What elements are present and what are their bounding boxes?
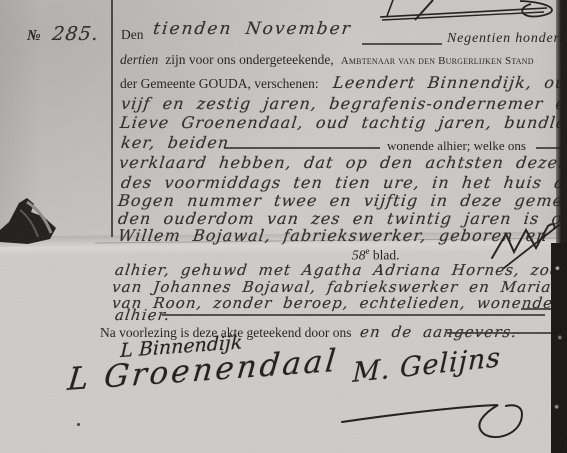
line3-municipality-row: der Gemeente GOUDA, verschenen: Leendert… xyxy=(120,73,567,92)
line1-printed-den: Den xyxy=(121,27,144,43)
page-number-superscript: e xyxy=(366,246,370,256)
signature-flourish-underline xyxy=(336,392,561,447)
line2-year-word: dertien xyxy=(120,52,158,68)
numero-symbol: № xyxy=(27,28,41,44)
line5-handwritten: Lieve Groenendaal, oud tachtig jaren, bu… xyxy=(119,113,567,132)
ink-dot-artifact xyxy=(77,423,80,426)
act-number-block: № 285. xyxy=(27,23,97,45)
blank-rule xyxy=(521,308,553,310)
line6-handwritten: ker, beiden xyxy=(120,133,231,152)
line1-date-handwritten: tienden November xyxy=(152,19,353,39)
line4-handwritten: vijf en zestig jaren, begrafenis-onderne… xyxy=(120,94,567,113)
line8-handwritten: des voormiddags ten tien ure, in het hui… xyxy=(120,173,567,192)
margin-divider-rule xyxy=(111,0,113,237)
act-number-handwritten: 285. xyxy=(51,23,100,45)
scanned-death-record: № 285. Den tienden November Negentien ho… xyxy=(0,0,567,453)
line6-printed-wonende: wonende alhier; welke ons xyxy=(387,138,526,154)
line14-handwritten: van Roon, zonder beroep, echtelieden, wo… xyxy=(111,294,554,312)
line7-handwritten: verklaard hebben, dat op den achtsten de… xyxy=(118,153,567,172)
line3-printed-gouda: der Gemeente GOUDA, verschenen: xyxy=(120,76,319,92)
blank-rule xyxy=(162,314,545,316)
line2-printed: zijn voor ons ondergeteekende, xyxy=(165,52,333,68)
blank-rule xyxy=(447,332,553,334)
declarant1-name-handwritten: Leendert Binnendijk, oud xyxy=(332,73,567,92)
film-blob-artifact xyxy=(0,190,70,252)
line12-handwritten: alhier, gehuwd met Agatha Adriana Hornes… xyxy=(114,261,567,279)
film-edge-strip-wide xyxy=(551,243,567,453)
blank-rule xyxy=(224,147,380,149)
line9-handwritten: Bogen nummer twee en vijftig in deze gem… xyxy=(117,191,567,210)
previous-signature-flourish xyxy=(335,0,567,62)
